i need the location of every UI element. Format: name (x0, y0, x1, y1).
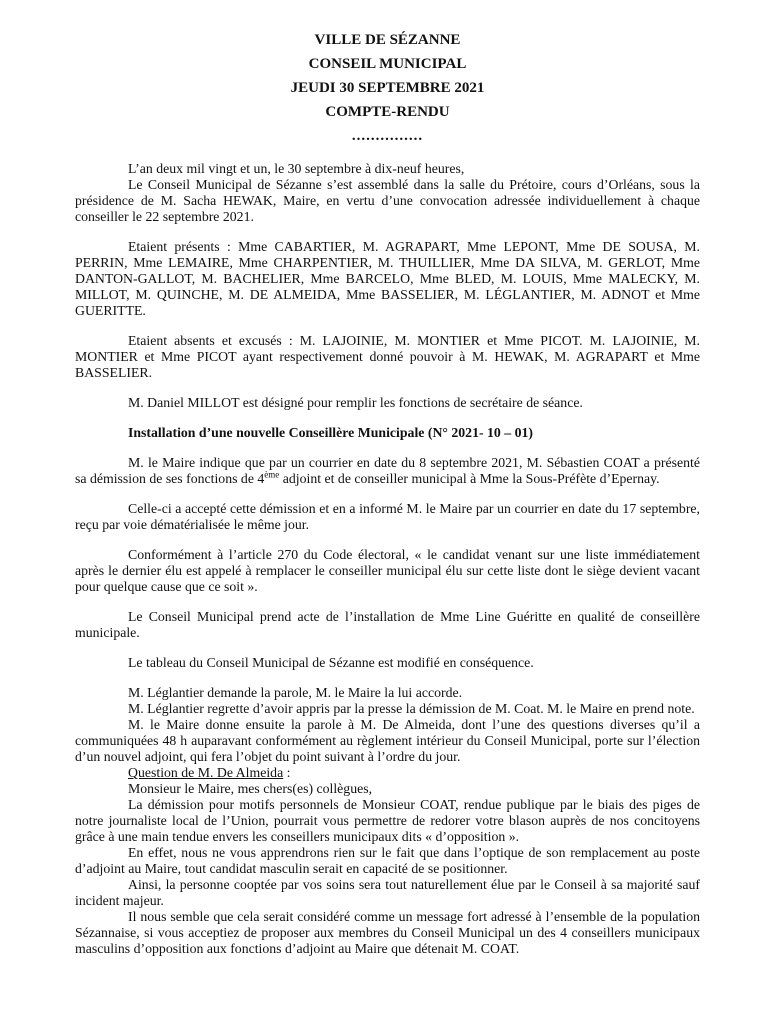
paragraph: Conformément à l’article 270 du Code éle… (75, 547, 700, 595)
paragraph: Celle-ci a accepté cette démission et en… (75, 501, 700, 533)
text-run: Conformément à l’article 270 du Code éle… (75, 547, 700, 594)
text-run: M. Léglantier regrette d’avoir appris pa… (128, 701, 695, 716)
text-run: Le tableau du Conseil Municipal de Sézan… (128, 655, 534, 670)
paragraph: M. le Maire donne ensuite la parole à M.… (75, 717, 700, 765)
paragraph: M. Léglantier demande la parole, M. le M… (75, 685, 700, 701)
text-run: Il nous semble que cela serait considéré… (75, 909, 700, 956)
document-subtitle: CONSEIL MUNICIPAL (75, 52, 700, 76)
text-run: Celle-ci a accepté cette démission et en… (75, 501, 700, 532)
text-run: M. Léglantier demande la parole, M. le M… (128, 685, 462, 700)
paragraph: Etaient présents : Mme CABARTIER, M. AGR… (75, 239, 700, 319)
text-run: Ainsi, la personne cooptée par vos soins… (75, 877, 700, 908)
paragraph: L’an deux mil vingt et un, le 30 septemb… (75, 161, 700, 177)
paragraph: Le Conseil Municipal prend acte de l’ins… (75, 609, 700, 641)
document-header: VILLE DE SÉZANNE CONSEIL MUNICIPAL JEUDI… (75, 28, 700, 148)
paragraph: M. le Maire indique que par un courrier … (75, 455, 700, 487)
header-dots-separator: ............... (75, 124, 700, 148)
text-run: : (283, 765, 290, 780)
text-run: Etaient absents et excusés : M. LAJOINIE… (75, 333, 700, 380)
section-heading: Installation d’une nouvelle Conseillère … (75, 425, 700, 441)
text-run: Le Conseil Municipal prend acte de l’ins… (75, 609, 700, 640)
text-run: M. Daniel MILLOT est désigné pour rempli… (128, 395, 583, 410)
paragraph: Monsieur le Maire, mes chers(es) collègu… (75, 781, 700, 797)
text-run: Le Conseil Municipal de Sézanne s’est as… (75, 177, 700, 224)
document-title: VILLE DE SÉZANNE (75, 28, 700, 52)
paragraph: En effet, nous ne vous apprendrons rien … (75, 845, 700, 877)
superscript-text: ème (264, 469, 279, 479)
paragraph: La démission pour motifs personnels de M… (75, 797, 700, 845)
text-run: La démission pour motifs personnels de M… (75, 797, 700, 844)
paragraph: Il nous semble que cela serait considéré… (75, 909, 700, 957)
text-run: L’an deux mil vingt et un, le 30 septemb… (128, 161, 464, 176)
paragraph: Ainsi, la personne cooptée par vos soins… (75, 877, 700, 909)
text-run: Etaient présents : Mme CABARTIER, M. AGR… (75, 239, 700, 318)
paragraph: Question de M. De Almeida : (75, 765, 700, 781)
text-run: M. le Maire donne ensuite la parole à M.… (75, 717, 700, 764)
text-run: Monsieur le Maire, mes chers(es) collègu… (128, 781, 372, 796)
paragraph: M. Daniel MILLOT est désigné pour rempli… (75, 395, 700, 411)
document-page: VILLE DE SÉZANNE CONSEIL MUNICIPAL JEUDI… (0, 0, 770, 1024)
text-run: adjoint et de conseiller municipal à Mme… (279, 471, 659, 486)
document-date: JEUDI 30 SEPTEMBRE 2021 (75, 76, 700, 100)
paragraph: Etaient absents et excusés : M. LAJOINIE… (75, 333, 700, 381)
text-run: En effet, nous ne vous apprendrons rien … (75, 845, 700, 876)
paragraph: Le Conseil Municipal de Sézanne s’est as… (75, 177, 700, 225)
paragraph: Le tableau du Conseil Municipal de Sézan… (75, 655, 700, 671)
document-body: L’an deux mil vingt et un, le 30 septemb… (75, 161, 700, 957)
paragraph: M. Léglantier regrette d’avoir appris pa… (75, 701, 700, 717)
text-run: Installation d’une nouvelle Conseillère … (128, 425, 533, 440)
underlined-text: Question de M. De Almeida (128, 765, 283, 780)
document-type: COMPTE-RENDU (75, 100, 700, 124)
